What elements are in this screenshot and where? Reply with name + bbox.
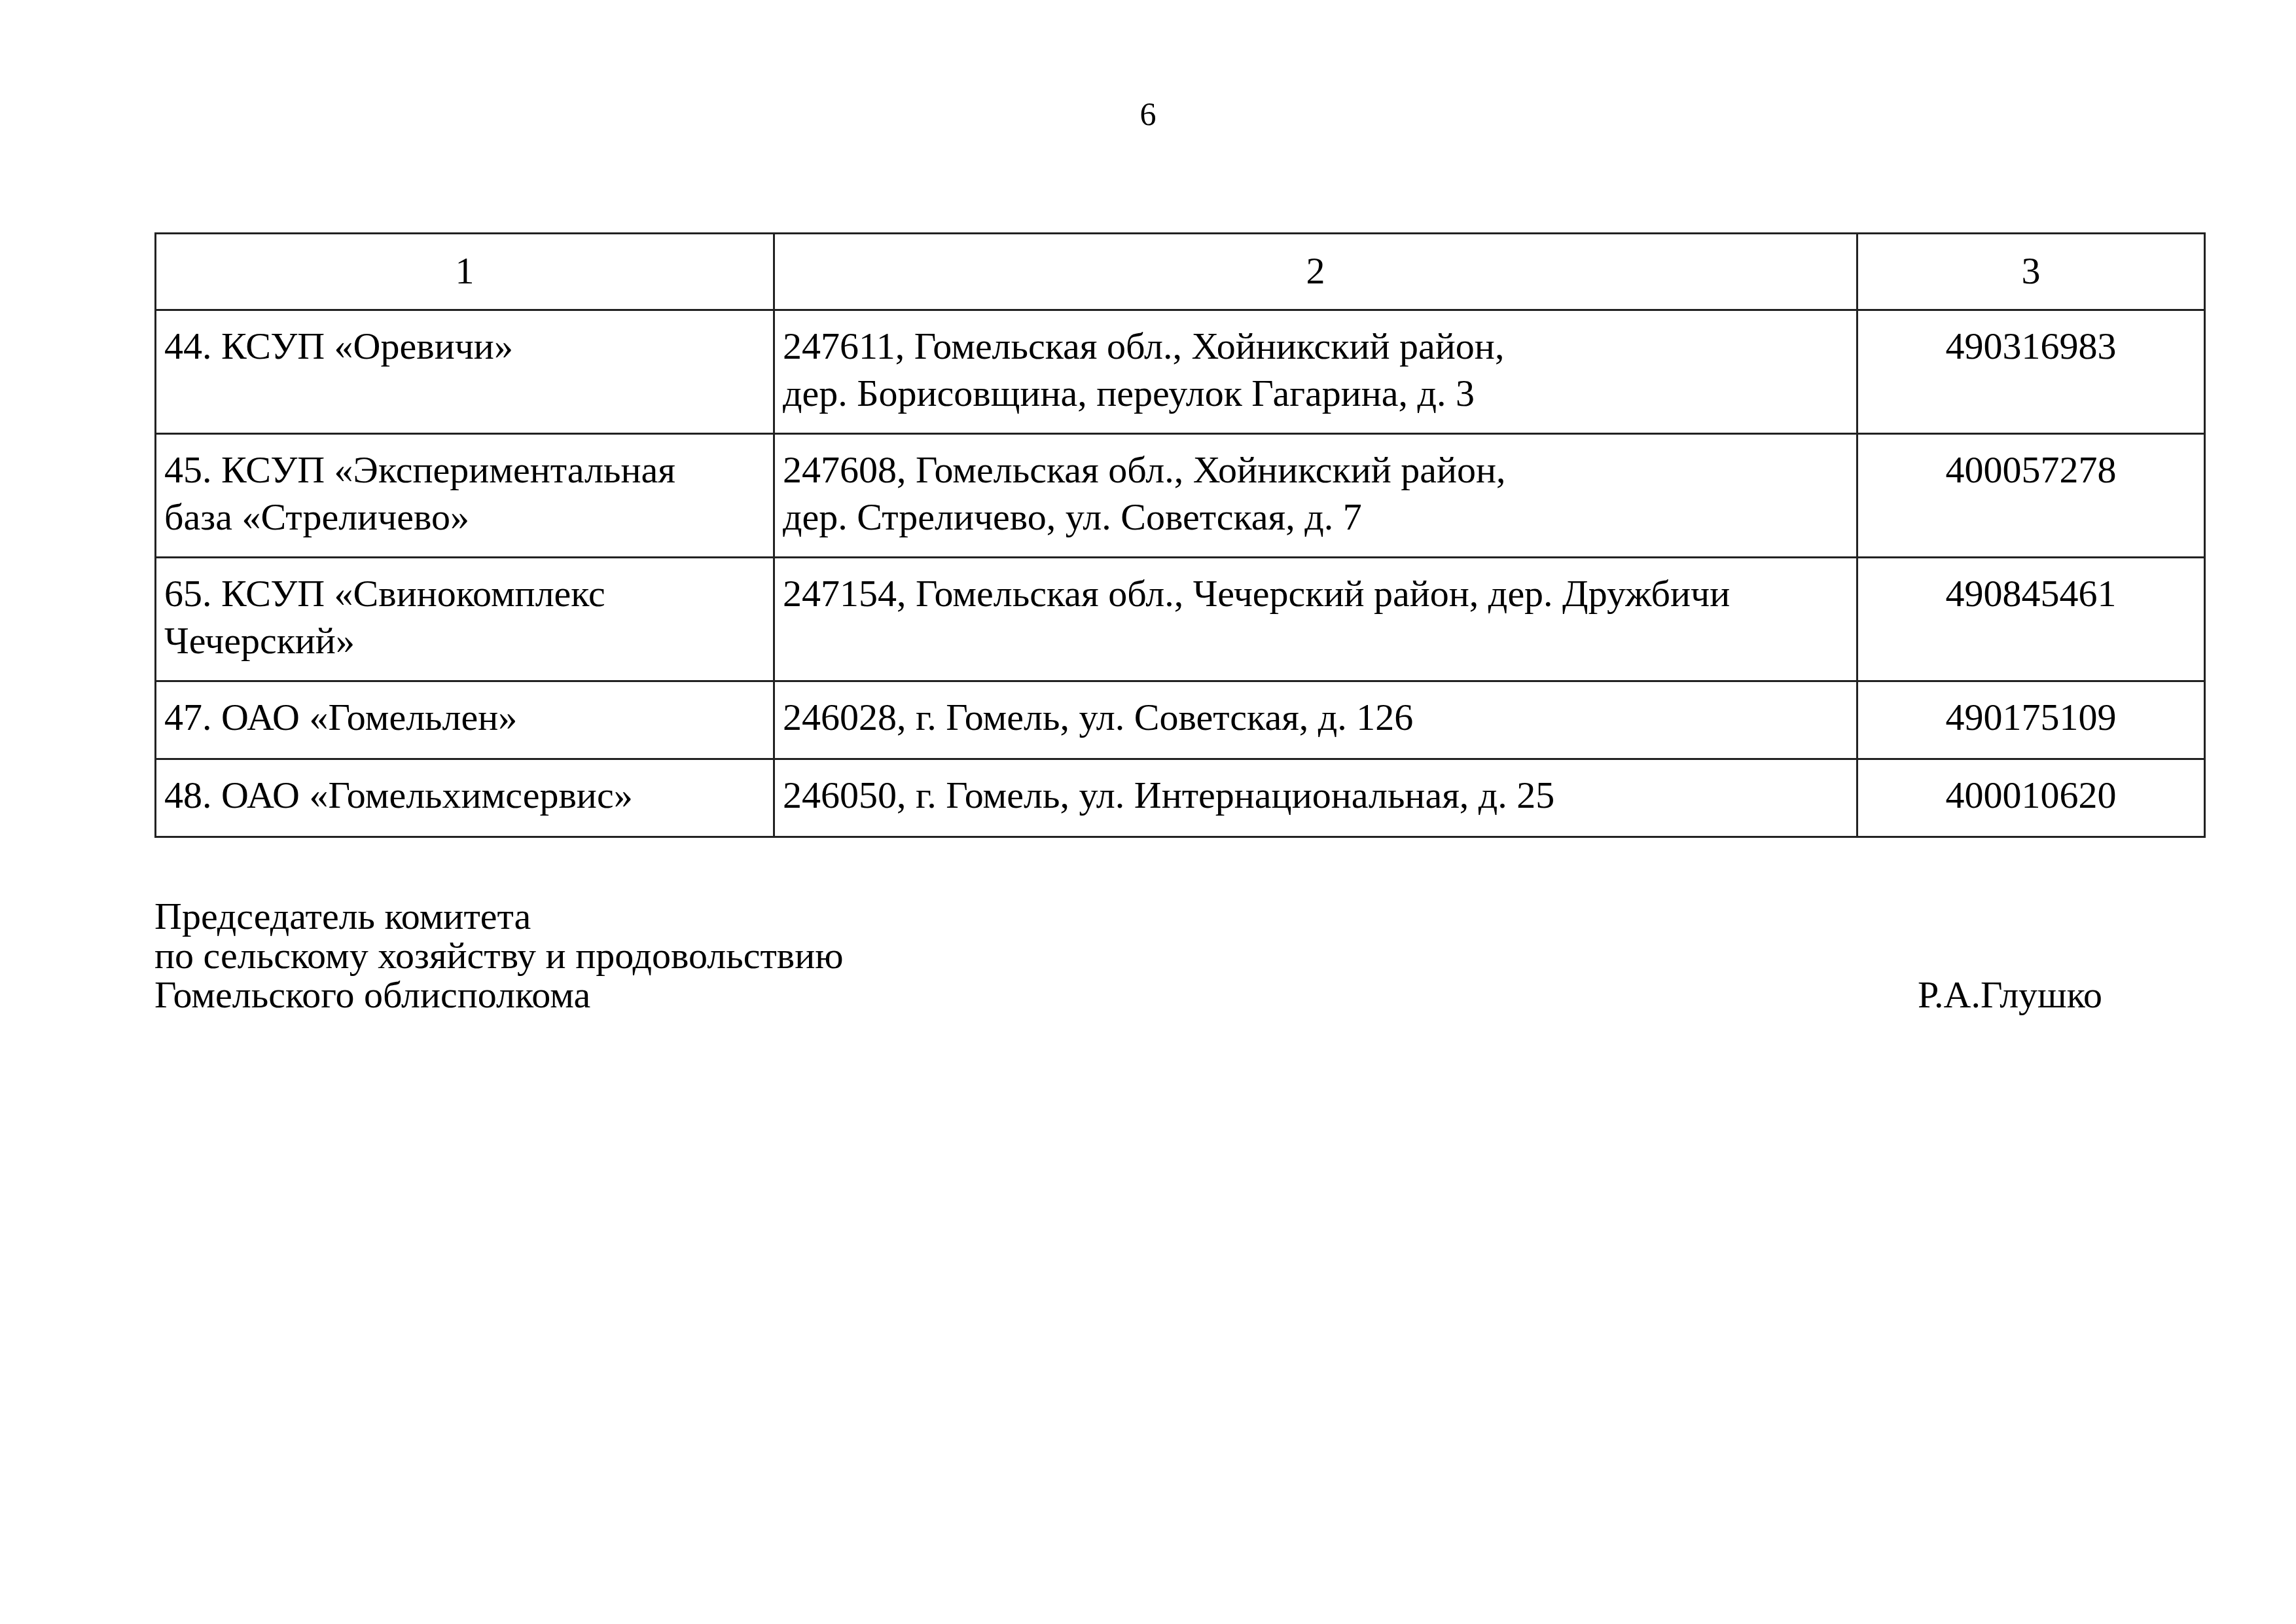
- address-line: 246050, г. Гомель, ул. Интернациональная…: [783, 772, 1848, 819]
- table-row: 48. ОАО «Гомельхимсервис» 246050, г. Гом…: [156, 759, 2205, 837]
- address-line: 247154, Гомельская обл., Чечерский район…: [783, 570, 1848, 617]
- column-header-1: 1: [156, 234, 774, 310]
- signer-name: Р.А.Глушко: [1918, 975, 2102, 1015]
- enterprise-name: 45. КСУП «Экспериментальная: [164, 446, 765, 494]
- enterprise-name-cell: 44. КСУП «Оревичи»: [156, 310, 774, 434]
- code-cell: 400010620: [1857, 759, 2205, 837]
- table-row: 65. КСУП «Свинокомплекс Чечерский» 24715…: [156, 558, 2205, 681]
- address-cell: 246028, г. Гомель, ул. Советская, д. 126: [774, 681, 1857, 759]
- code-cell: 490845461: [1857, 558, 2205, 681]
- table-header-row: 1 2 3: [156, 234, 2205, 310]
- enterprise-name-cell: 65. КСУП «Свинокомплекс Чечерский»: [156, 558, 774, 681]
- code-cell: 490316983: [1857, 310, 2205, 434]
- enterprise-name-cell: 45. КСУП «Экспериментальная база «Стрели…: [156, 434, 774, 558]
- column-header-3: 3: [1857, 234, 2205, 310]
- enterprise-name: Чечерский»: [164, 617, 765, 664]
- signature-block: Председатель комитета по сельскому хозяй…: [154, 897, 2118, 1015]
- enterprise-name: 44. КСУП «Оревичи»: [164, 323, 765, 370]
- signatory-title-line: Председатель комитета: [154, 897, 2118, 936]
- enterprise-name: 47. ОАО «Гомельлен»: [164, 694, 765, 741]
- signatory-title-line: Гомельского облисполкома: [154, 975, 2118, 1015]
- enterprise-name-cell: 48. ОАО «Гомельхимсервис»: [156, 759, 774, 837]
- address-cell: 246050, г. Гомель, ул. Интернациональная…: [774, 759, 1857, 837]
- table-row: 44. КСУП «Оревичи» 247611, Гомельская об…: [156, 310, 2205, 434]
- address-line: 247608, Гомельская обл., Хойникский райо…: [783, 446, 1848, 494]
- page-number: 6: [0, 95, 2296, 133]
- address-cell: 247611, Гомельская обл., Хойникский райо…: [774, 310, 1857, 434]
- address-cell: 247608, Гомельская обл., Хойникский райо…: [774, 434, 1857, 558]
- address-line: 247611, Гомельская обл., Хойникский райо…: [783, 323, 1848, 370]
- address-cell: 247154, Гомельская обл., Чечерский район…: [774, 558, 1857, 681]
- enterprise-name: 65. КСУП «Свинокомплекс: [164, 570, 765, 617]
- address-line: дер. Стреличево, ул. Советская, д. 7: [783, 494, 1848, 541]
- table-row: 45. КСУП «Экспериментальная база «Стрели…: [156, 434, 2205, 558]
- enterprise-name: 48. ОАО «Гомельхимсервис»: [164, 772, 765, 819]
- enterprise-name: база «Стреличево»: [164, 494, 765, 541]
- table-row: 47. ОАО «Гомельлен» 246028, г. Гомель, у…: [156, 681, 2205, 759]
- enterprise-name-cell: 47. ОАО «Гомельлен»: [156, 681, 774, 759]
- enterprise-table: 1 2 3 44. КСУП «Оревичи» 247611, Гомельс…: [154, 232, 2206, 838]
- column-header-2: 2: [774, 234, 1857, 310]
- address-line: 246028, г. Гомель, ул. Советская, д. 126: [783, 694, 1848, 741]
- signatory-title-line: по сельскому хозяйству и продовольствию: [154, 936, 2118, 975]
- address-line: дер. Борисовщина, переулок Гагарина, д. …: [783, 370, 1848, 417]
- code-cell: 490175109: [1857, 681, 2205, 759]
- code-cell: 400057278: [1857, 434, 2205, 558]
